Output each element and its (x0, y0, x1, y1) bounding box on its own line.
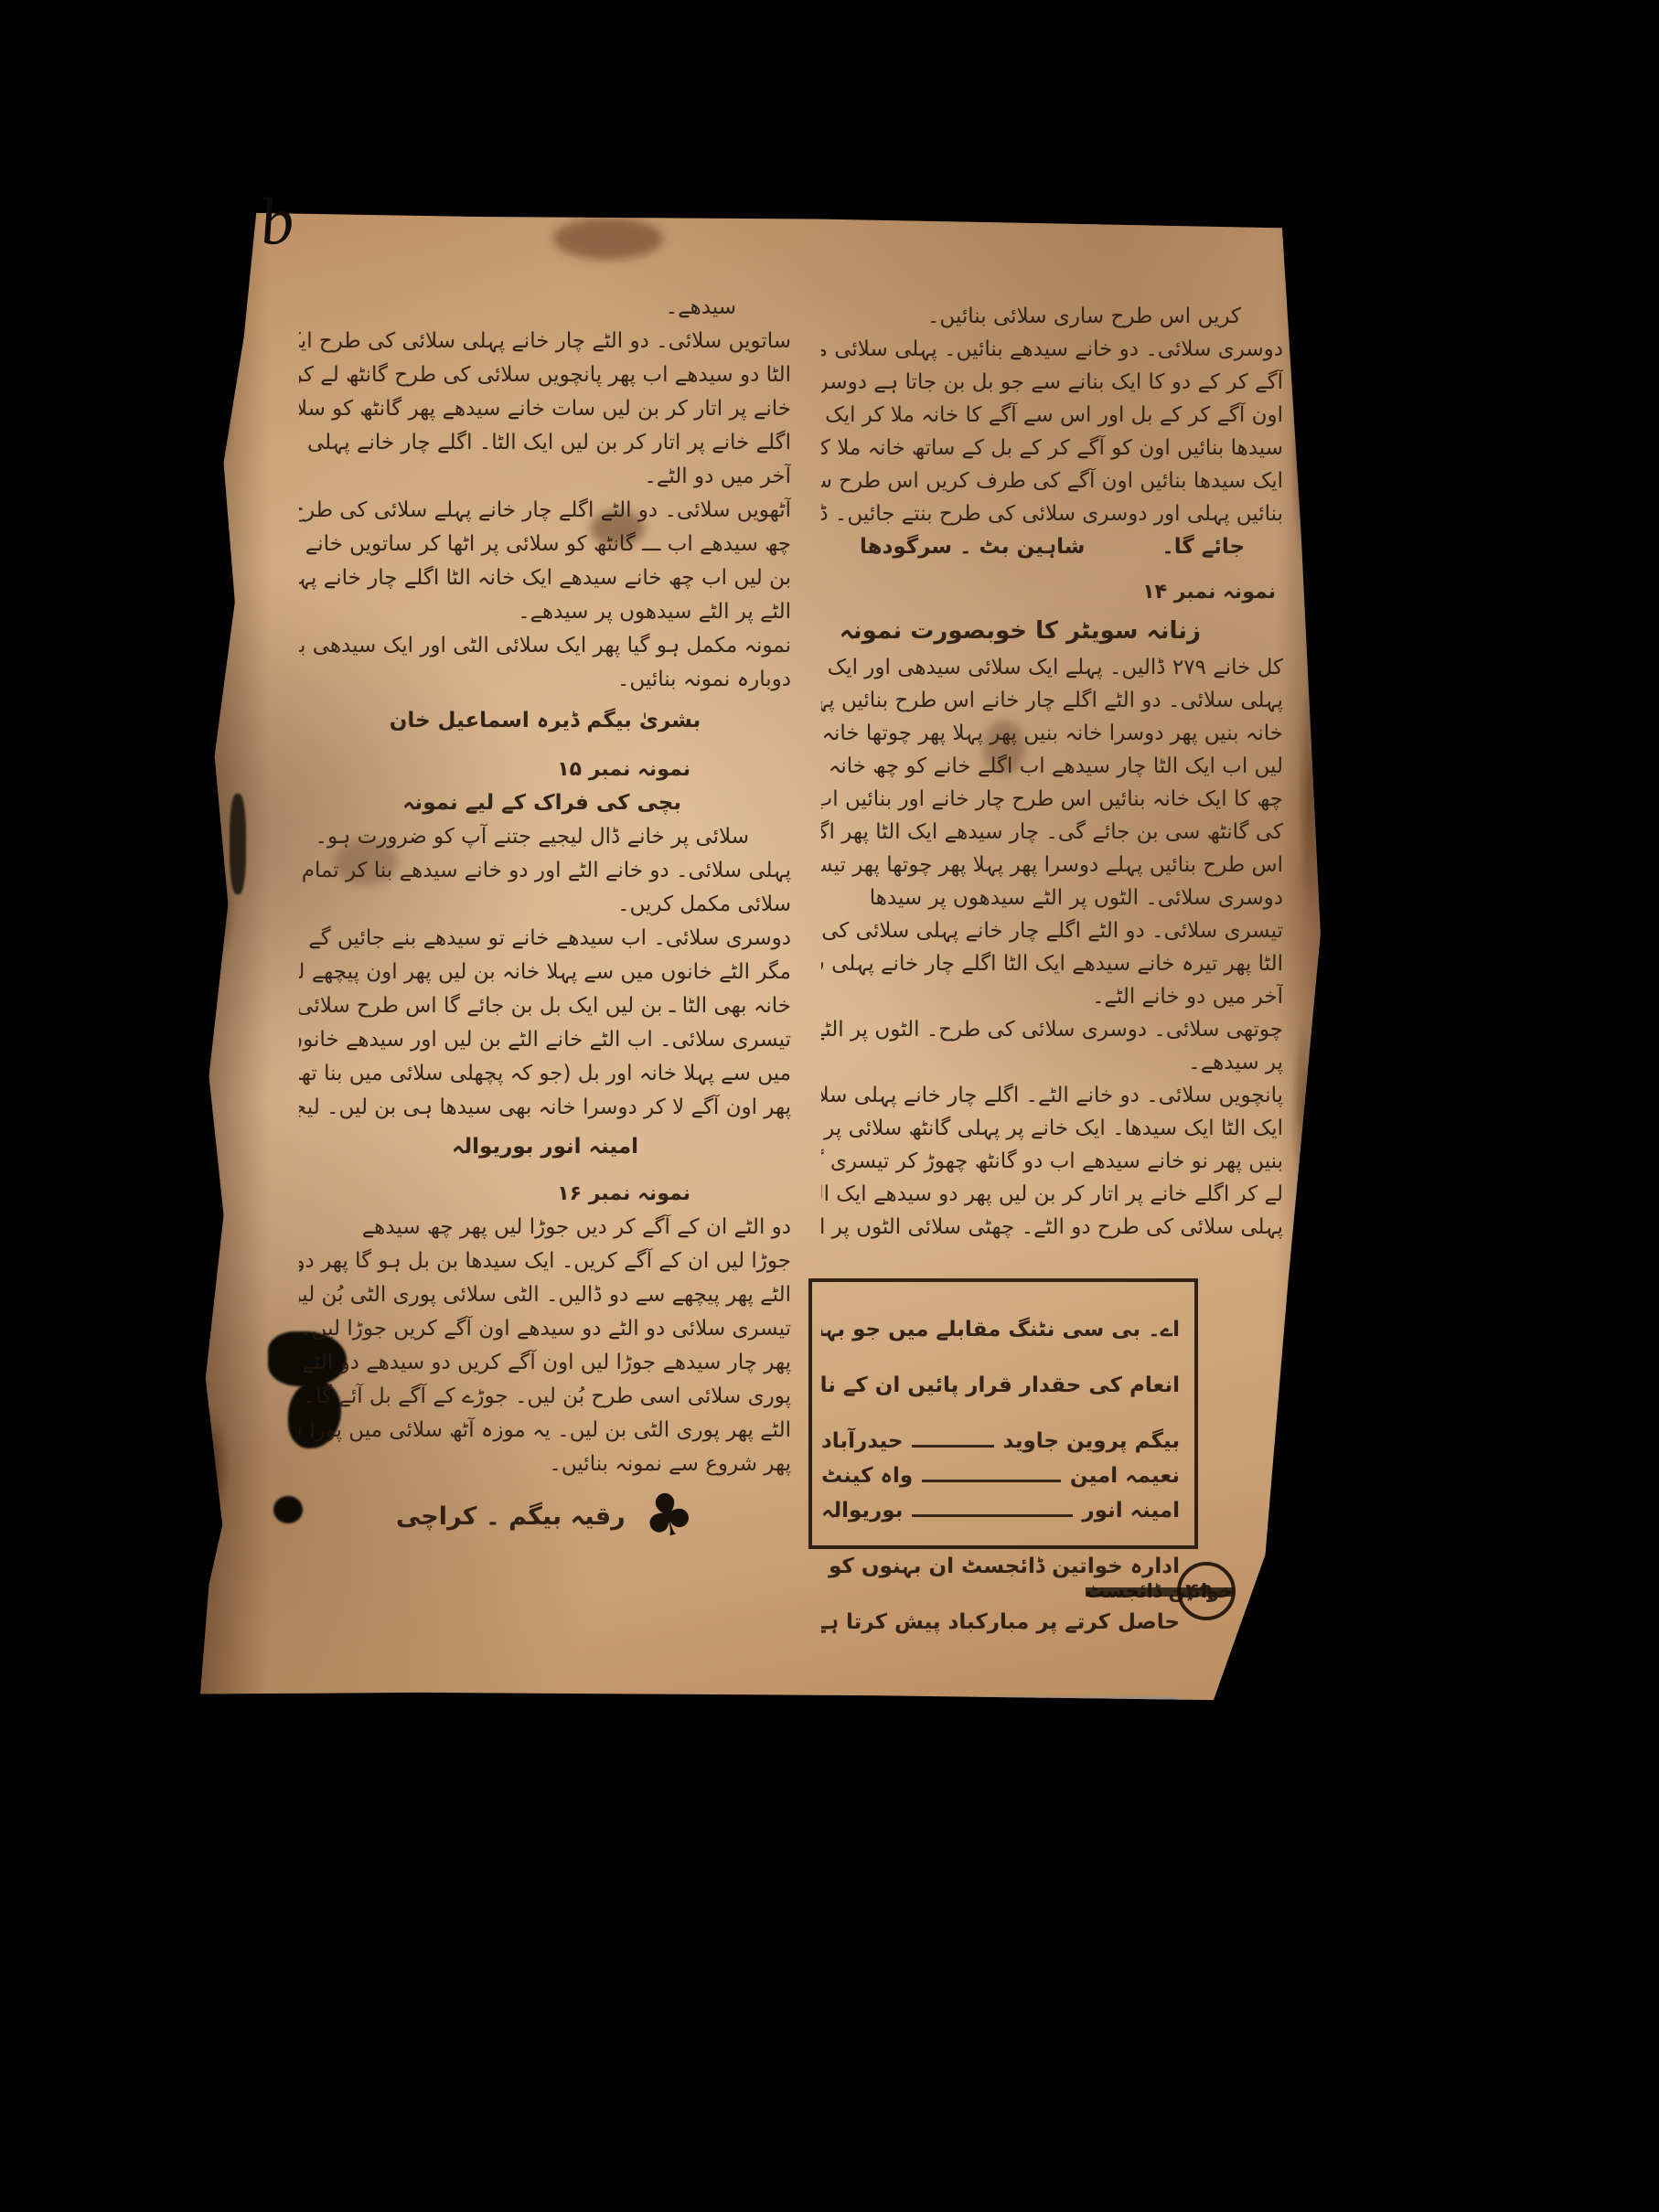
sample-number-heading: نمونہ نمبر ۱۵ (299, 753, 791, 786)
final-signature-row: ♣ رقیہ بیگم ۔ کراچی (299, 1487, 791, 1545)
scanner-sliver (215, 1697, 1175, 1703)
sweater-paragraph: کل خانے ۲۷۹ ڈالیں۔ پہلے ایک سلائی سیدھی … (821, 651, 1283, 882)
winner-city: واہ کینٹ (821, 1459, 913, 1493)
magazine-page: کریں اس طرح ساری سلائی بنائیں۔ دوسری سلا… (197, 208, 1322, 1704)
winner-name: نعیمہ امین (1070, 1459, 1180, 1493)
paragraph-line: بنیں پھر نو خانے سیدھے اب دو گانٹھ چھوڑ … (821, 1145, 1283, 1178)
paragraph-line: کریں اس طرح ساری سلائی بنائیں۔ (821, 300, 1283, 333)
paragraph-line: پھر چار سیدھے جوڑا لیں اون آگے کریں دو س… (299, 1346, 791, 1380)
paragraph-line: آخر میں دو الٹے۔ (299, 460, 791, 494)
paragraph-line: پھر شروع سے نمونہ بنائیں۔ (299, 1448, 791, 1481)
top-stain (553, 218, 663, 260)
paragraph-line: اون آگے کر کے بل اور اس سے آگے کا خانہ م… (821, 399, 1283, 432)
paragraph-line: خانہ بھی الٹا ـ بن لیں ایک بل بن جائے گا… (299, 989, 791, 1023)
paragraph-line: پھر اون آگے لا کر دوسرا خانہ بھی سیدھا ہ… (299, 1091, 791, 1125)
paragraph-line: آخر میں دو خانے الٹے۔ (821, 980, 1283, 1013)
contributor-signature: بشریٰ بیگم ڈیرہ اسماعیل خان (299, 704, 791, 738)
paragraph-line: چوتھی سلائی۔ دوسری سلائی کی طرح۔ الٹوں پ… (821, 1013, 1283, 1046)
paragraph-line: سلائی پر خانے ڈال لیجیے جتنے آپ کو ضرورت… (299, 820, 791, 854)
paragraph-line: الٹا دو سیدھے اب پھر پانچویں سلائی کی طر… (299, 358, 791, 392)
paragraph-line: تیسری سلائی۔ اب الٹے خانے الٹے بن لیں او… (299, 1023, 791, 1057)
prize-outro-line: ادارہ خواتین ڈائجسٹ ان بہنوں کو انعام (821, 1549, 1180, 1584)
prize-announcement-box: اے۔ بی سی نٹنگ مقابلے میں جو بہنیںانعام … (808, 1278, 1198, 1549)
paragraph-line: دوسری سلائی۔ الٹوں پر الٹے سیدھوں پر سید… (821, 882, 1283, 914)
paragraph-line: سیدھا بنائیں اون کو آگے کر کے بل کے ساتھ… (821, 432, 1283, 465)
winner-row: نعیمہ امین واہ کینٹ (821, 1459, 1180, 1493)
paragraph-line: کل خانے ۲۷۹ ڈالیں۔ پہلے ایک سلائی سیدھی … (821, 651, 1283, 684)
paragraph-line: پوری سلائی اسی طرح بُن لیں۔ جوڑے کے آگے … (299, 1380, 791, 1414)
paragraph-line: خانہ بنیں پھر دوسرا خانہ بنیں پھر پہلا پ… (821, 717, 1283, 750)
paragraph-line: تیسری سلائی۔ دو الٹے اگلے چار خانے پہلی … (821, 914, 1283, 947)
paragraph-tail: سیدھے۔ (299, 291, 791, 325)
paragraph-line: الٹے پر الٹے سیدھوں پر سیدھے۔ (299, 595, 791, 629)
paragraph-line: مگر الٹے خانوں میں سے پہلا خانہ بن لیں پ… (299, 956, 791, 989)
sock-pattern-paragraph: دو الٹے ان کے آگے کر دیں جوڑا لیں پھر چھ… (299, 1211, 791, 1481)
dash-line (912, 1514, 1073, 1517)
winner-row: بیگم پروین جاوید حیدرآباد (821, 1424, 1180, 1459)
eighth-stitch-paragraph: آٹھویں سلائی۔ دو الٹے اگلے چار خانے پہلے… (299, 494, 791, 629)
page-number-badge: ۴۹۰ (1177, 1562, 1236, 1620)
winner-city: حیدرآباد (821, 1424, 903, 1459)
dash-line (922, 1480, 1061, 1482)
paragraph-line: الٹے پھر پوری الٹی بن لیں۔ یہ موزہ آٹھ س… (299, 1414, 791, 1448)
right-column: کریں اس طرح ساری سلائی بنائیں۔ دوسری سلا… (821, 300, 1283, 1244)
signature-row: جائے گا۔ شاہین بٹ ۔ سرگودھا (821, 530, 1283, 563)
paragraph-line: بنائیں پہلی اور دوسری سلائی کی طرح بنتے … (821, 497, 1283, 530)
prize-box-intro: اے۔ بی سی نٹنگ مقابلے میں جو بہنیںانعام … (821, 1312, 1180, 1403)
prize-intro-line: انعام کی حقدار قرار پائیں ان کے نام ہیں۔ (821, 1368, 1180, 1403)
stitch-rows-paragraph: دوسری سلائی۔ الٹوں پر الٹے سیدھوں پر سید… (821, 882, 1283, 1244)
paragraph-line: پانچویں سلائی۔ دو خانے الٹے۔ اگلے چار خا… (821, 1079, 1283, 1112)
torn-left-edge-stain (197, 208, 268, 1704)
sample-number-heading: نمونہ نمبر ۱۶ (299, 1177, 791, 1211)
paragraph-line: الٹے پھر پیچھے سے دو ڈالیں۔ الٹی سلائی پ… (299, 1278, 791, 1312)
paragraph-line: پر سیدھے۔ (821, 1046, 1283, 1079)
paragraph-line: چھ سیدھے اب ـــ گانٹھ کو سلائی پر اٹھا ک… (299, 528, 791, 561)
paragraph-line: بن لیں اب چھ خانے سیدھے ایک خانہ الٹا اگ… (299, 561, 791, 595)
paragraph-line: دوسری سلائی۔ دو خانے سیدھے بنائیں۔ پہلی … (821, 333, 1283, 366)
pattern-complete-paragraph: نمونہ مکمل ہو گیا پھر ایک سلائی الٹی اور… (299, 629, 791, 697)
frock-pattern-heading: بچی کی فراک کے لیے نمونہ (299, 786, 791, 820)
contributor-signature: امینہ انور بوریوالہ (299, 1130, 791, 1164)
paragraph-line: الٹا پھر تیرہ خانے سیدھے ایک الٹا اگلے چ… (821, 947, 1283, 980)
frock-second-stitch: دوسری سلائی۔ اب سیدھے خانے تو سیدھے بنے … (299, 922, 791, 1023)
paragraph-line: ایک الٹا ایک سیدھا۔ ایک خانے پر پہلی گان… (821, 1112, 1283, 1145)
sample-number-heading: نمونہ نمبر ۱۴ (821, 576, 1283, 609)
contributor-signature: رقیہ بیگم ۔ کراچی (396, 1500, 626, 1533)
paragraph-line: لیں اب ایک الٹا چار سیدھے اب اگلے خانے ک… (821, 750, 1283, 783)
paragraph-line: پہلی سلائی۔ دو خانے الٹے اور دو خانے سید… (299, 854, 791, 888)
scanner-sliver (1107, 1699, 1189, 1710)
paragraph-line: آگے کر کے دو کا ایک بنانے سے جو بل بن جا… (821, 366, 1283, 399)
paragraph-line: دوسری سلائی۔ اب سیدھے خانے تو سیدھے بنے … (299, 922, 791, 956)
paragraph-line: نمونہ مکمل ہو گیا پھر ایک سلائی الٹی اور… (299, 629, 791, 663)
paragraph-line: ایک سیدھا بنائیں اون آگے کی طرف کریں اس … (821, 465, 1283, 497)
second-stitch-paragraph: دوسری سلائی۔ دو خانے سیدھے بنائیں۔ پہلی … (821, 333, 1283, 530)
frock-first-stitch: پہلی سلائی۔ دو خانے الٹے اور دو خانے سید… (299, 854, 791, 922)
paragraph-line: ساتویں سلائی۔ دو الٹے چار خانے پہلی سلائ… (299, 325, 791, 358)
seventh-stitch-paragraph: ساتویں سلائی۔ دو الٹے چار خانے پہلی سلائ… (299, 325, 791, 494)
prize-outro-line: حاصل کرتے پر مبارکباد پیش کرتا ہے۔ (821, 1605, 1180, 1640)
paragraph-line: پہلی سلائی۔ دو الٹے اگلے چار خانے اس طرح… (821, 684, 1283, 717)
paragraph-line: آٹھویں سلائی۔ دو الٹے اگلے چار خانے پہلے… (299, 494, 791, 528)
paragraph-line: سلائی مکمل کریں۔ (299, 888, 791, 922)
scanned-photo-background: کریں اس طرح ساری سلائی بنائیں۔ دوسری سلا… (0, 0, 1659, 2212)
sweater-pattern-heading: زنانہ سویٹر کا خوبصورت نمونہ (821, 614, 1283, 647)
paragraph-line: کی گانٹھ سی بن جائے گی۔ چار سیدھے ایک ال… (821, 816, 1283, 849)
prize-intro-line: اے۔ بی سی نٹنگ مقابلے میں جو بہنیں (821, 1312, 1180, 1347)
dash-line (912, 1445, 993, 1448)
paragraph-line: دو الٹے ان کے آگے کر دیں جوڑا لیں پھر چھ… (299, 1211, 791, 1245)
paragraph-line: اگلے خانے پر اتار کر بن لیں ایک الٹا۔ اگ… (299, 426, 791, 460)
paragraph-line: تیسری سلائی دو الٹے دو سیدھے اون آگے کری… (299, 1312, 791, 1346)
paragraph-line: چھ کا ایک خانہ بنائیں اس طرح چار خانے او… (821, 783, 1283, 816)
contributor-signature: شاہین بٹ ۔ سرگودھا (860, 530, 1085, 563)
winner-row: امینہ انور بوریوالہ (821, 1493, 1180, 1528)
paragraph-line: لے کر اگلے خانے پر اتار کر بن لیں پھر دو… (821, 1178, 1283, 1211)
paragraph-line: خانے پر اتار کر بن لیں سات خانے سیدھے پھ… (299, 392, 791, 426)
handwritten-mark: b (256, 181, 298, 262)
winner-city: بوریوالہ (821, 1493, 903, 1528)
paragraph-tail: جائے گا۔ (1161, 530, 1245, 563)
paragraph-line: میں سے پہلا خانہ اور بل (جو کہ پچھلی سلا… (299, 1057, 791, 1091)
clover-icon: ♣ (636, 1481, 701, 1551)
page-number: ۴۹۰ (1185, 1578, 1227, 1605)
paragraph-line: جوڑا لیں ان کے آگے کریں۔ ایک سیدھا بن بل… (299, 1245, 791, 1278)
edge-streak (230, 794, 246, 894)
paragraph-line: دوبارہ نمونہ بنائیں۔ (299, 663, 791, 697)
paragraph-line: اس طرح بنائیں پہلے دوسرا پھر پہلا پھر چو… (821, 849, 1283, 882)
winner-name: بیگم پروین جاوید (1003, 1424, 1180, 1459)
left-column: سیدھے۔ ساتویں سلائی۔ دو الٹے چار خانے پہ… (299, 291, 791, 1545)
winner-name: امینہ انور (1082, 1493, 1180, 1528)
frock-third-stitch: تیسری سلائی۔ اب الٹے خانے الٹے بن لیں او… (299, 1023, 791, 1125)
paragraph-line: پہلی سلائی کی طرح دو الٹے۔ چھٹی سلائی ال… (821, 1211, 1283, 1244)
